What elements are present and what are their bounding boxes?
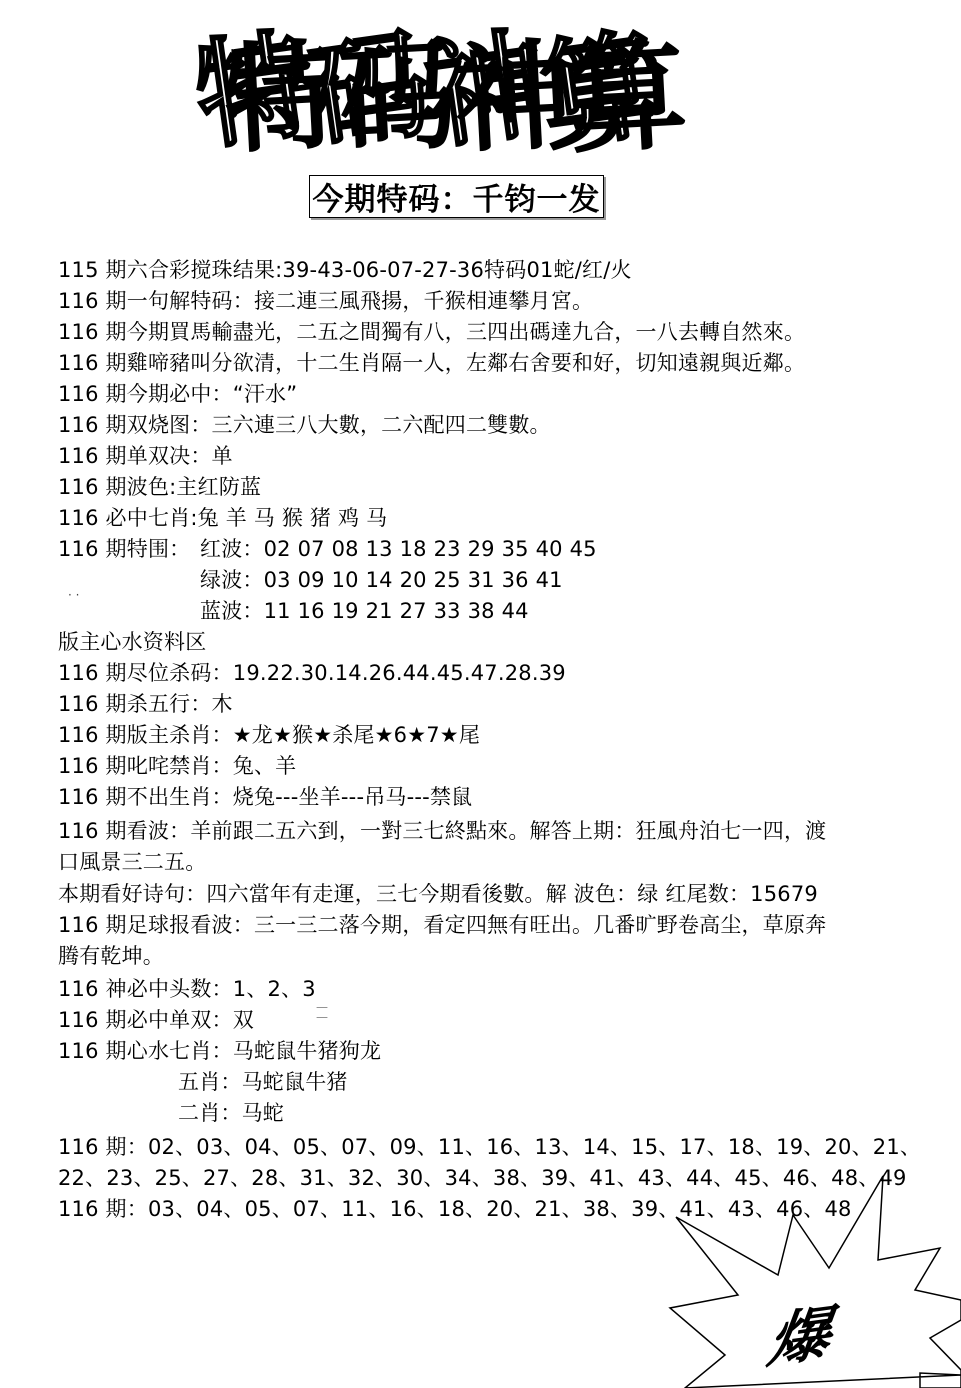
- tewei-label: 116 期特围：: [58, 535, 190, 563]
- text-line: 116 必中七肖:兔 羊 马 猴 猪 鸡 马: [58, 504, 387, 532]
- tewei-blue: 蓝波：11 16 19 21 27 33 38 44: [200, 597, 529, 625]
- section-heading: 版主心水资料区: [58, 628, 206, 656]
- text-line: 116 期杀五行：木: [58, 690, 233, 718]
- text-line: 116 神必中头数：1、2、3: [58, 975, 316, 1003]
- text-line: 116 期单双决：单: [58, 442, 233, 470]
- tewei-green: 绿波：03 09 10 14 20 25 31 36 41: [200, 566, 563, 594]
- page-title: 特 特 码 码 神 神 算 算: [200, 28, 690, 168]
- text-line: 116 期尽位杀码：19.22.30.14.26.44.45.47.28.39: [58, 659, 566, 687]
- text-line: 116 期心水七肖：马蛇鼠牛猪狗龙: [58, 1037, 381, 1065]
- text-line: 116 期版主杀肖：★龙★猴★杀尾★6★7★尾: [58, 721, 480, 749]
- result-line: 115 期六合彩搅珠结果:39-43-06-07-27-36特码01蛇/红/火: [58, 256, 632, 284]
- text-line: 116 期一句解特码：接二連三風飛揚，千猴相連攀月宮。: [58, 287, 593, 315]
- tewei-red: 红波：02 07 08 13 18 23 29 35 40 45: [200, 535, 597, 563]
- stray-dots: · ·: [68, 588, 79, 602]
- title-char: 算: [565, 25, 690, 171]
- text-line: 116 期今期必中：“汗水”: [58, 380, 297, 408]
- burst-text: 爆: [764, 1286, 837, 1380]
- tagline-box: 今期特码：千钧一发: [309, 175, 604, 218]
- text-line: 116 期足球报看波：三一三二落今期，看定四無有旺出。几番旷野卷高尘，草原奔: [58, 911, 826, 939]
- text-line: 116 期不出生肖：烧兔---坐羊---吊马---禁鼠: [58, 783, 472, 811]
- text-line: 口風景三二五。: [58, 848, 206, 876]
- text-line: 116 期必中单双：双: [58, 1006, 254, 1034]
- text-line: 本期看好诗句：四六當年有走運，三七今期看後數。解 波色：绿 红尾数：15679: [58, 880, 818, 908]
- text-line: 116 期波色:主红防蓝: [58, 473, 261, 501]
- text-line: 116 期雞啼豬叫分欲清，十二生肖隔一人，左鄰右舍要和好，切知遠親與近鄰。: [58, 349, 805, 377]
- text-line: 116 期看波：羊前跟二五六到，一對三七終點來。解答上期：狂風舟泊七一四，渡: [58, 817, 826, 845]
- text-line: 116 期叱咤禁肖：兔、羊: [58, 752, 296, 780]
- five-xiao: 五肖：马蛇鼠牛猪: [178, 1068, 348, 1096]
- text-line: 116 期双烧图：三六連三八大數，二六配四二雙數。: [58, 411, 551, 439]
- text-line: 腾有乾坤。: [58, 942, 164, 970]
- text-line: 116 期今期買馬輸盡光，二五之間獨有八，三四出碼達九合，一八去轉自然來。: [58, 318, 805, 346]
- stray-mark: ——: [316, 1002, 328, 1022]
- numbers-line: 116 期：02、03、04、05、07、09、11、16、13、14、15、1…: [58, 1133, 921, 1161]
- two-xiao: 二肖：马蛇: [178, 1099, 284, 1127]
